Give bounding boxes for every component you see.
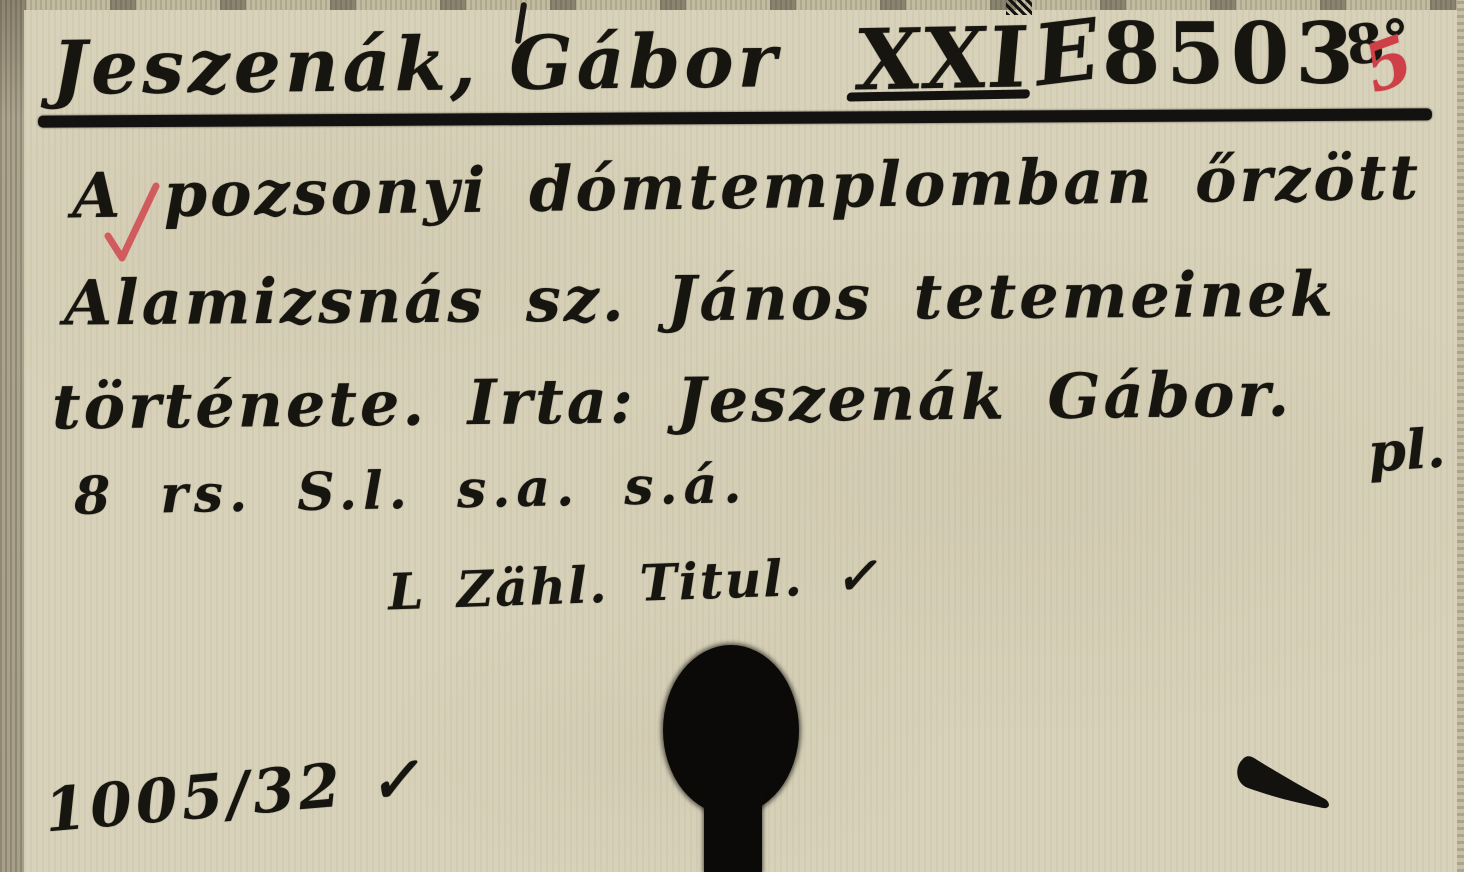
title-line-3: története. Irta: Jeszenák Gábor. <box>52 358 1293 444</box>
copy-note: pl. <box>1366 415 1447 484</box>
call-number-digits: 8503 <box>1102 4 1360 103</box>
collation-line: 8 rs. S.l. s.a. s.á. <box>74 454 748 527</box>
ink-blot-icon <box>1228 748 1348 823</box>
punch-hole-stem <box>704 792 762 872</box>
scan-edge-left <box>0 0 24 872</box>
punch-hole-icon <box>663 645 799 815</box>
accession-number: 1005/32 ✓ <box>42 744 426 847</box>
title-line-2: Alamizsnás sz. János tetemeinek <box>64 258 1336 340</box>
red-number-mark: 5 <box>1353 19 1423 108</box>
red-tick-icon <box>100 178 172 274</box>
processing-note: L Zähl. Titul. ✓ <box>387 545 880 621</box>
call-number-roman: XXI <box>852 7 1033 109</box>
title-line-1: A pozsonyi dómtemplomban őrzött <box>72 141 1422 233</box>
scan-edge-right <box>1457 0 1464 872</box>
catalog-card: Jeszenák, Gábor XXIE8503 8° 5 A pozsonyi… <box>0 0 1464 872</box>
author-heading: Jeszenák, Gábor <box>52 18 782 112</box>
format-size-mark: 8° 5 <box>1342 6 1415 78</box>
call-number-letter: E <box>1028 0 1105 105</box>
call-number: XXIE8503 <box>855 2 1360 110</box>
heading-underline-rule <box>38 108 1432 127</box>
